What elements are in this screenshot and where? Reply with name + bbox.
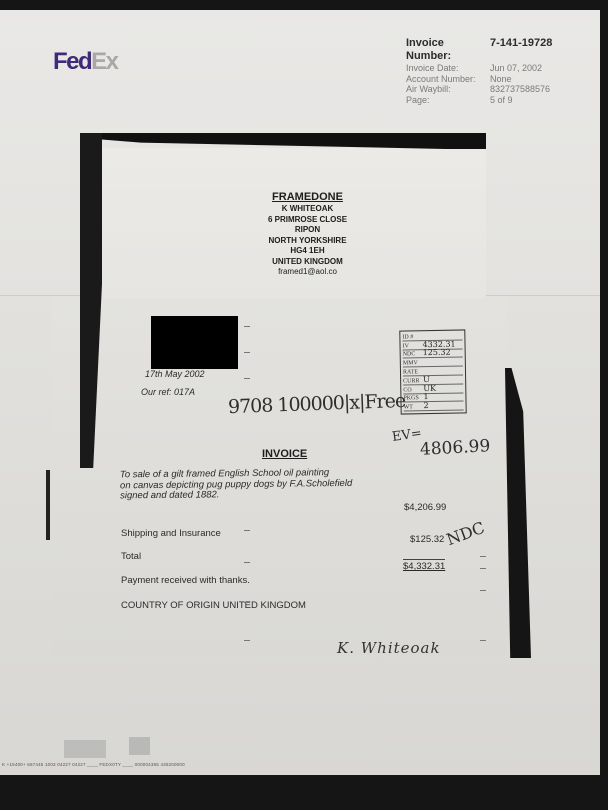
sender-name: FRAMEDONE	[240, 191, 375, 204]
address-line: HG4 1EH	[240, 246, 375, 257]
meta-value: 5 of 9	[490, 95, 596, 106]
address-line: K WHITEOAK	[240, 204, 375, 215]
logo-part1: Fed	[53, 48, 91, 75]
stamp-value: UK	[423, 384, 463, 393]
thanks-note: Payment received with thanks.	[121, 575, 250, 586]
stamp-label: CO	[403, 387, 423, 393]
sender-email: framed1@aol.co	[240, 267, 375, 278]
redaction-block	[151, 316, 238, 369]
scan-mark	[480, 590, 486, 591]
stamp-label: WT	[404, 404, 424, 410]
scan-mark	[480, 640, 486, 641]
address-line: RIPON	[240, 225, 375, 236]
invoice-title: INVOICE	[262, 448, 307, 460]
shipping-amount: $125.32	[410, 534, 444, 545]
stamp-label: MMV	[403, 360, 423, 366]
stamp-label: RATE	[403, 369, 423, 375]
scan-mark	[244, 640, 250, 641]
item-description: To sale of a gilt framed English School …	[120, 468, 380, 502]
address-line: 6 PRIMROSE CLOSE	[240, 215, 375, 226]
stamp-value: 125.32	[423, 349, 463, 358]
invoice-number: 7-141-19728	[490, 37, 596, 63]
meta-value: None	[490, 74, 596, 85]
meta-label: Account Number:	[406, 74, 490, 85]
stamp-value: U	[423, 375, 463, 384]
footer-code: K +15400+ 667445 1003 04227 04227 ____ F…	[2, 762, 185, 767]
scan-mark	[244, 352, 250, 353]
address-line: NORTH YORKSHIRE	[240, 236, 375, 247]
customs-stamp: ID # IV4332.31 NDC125.32 MMV RATE CURRU …	[399, 329, 466, 414]
scan-mark	[244, 326, 250, 327]
scan-mark	[480, 556, 486, 557]
scan-mark	[244, 530, 250, 531]
scan-mark	[244, 602, 250, 603]
footer-barcode-box	[129, 737, 150, 755]
meta-label: Page:	[406, 95, 490, 106]
address-line: UNITED KINGDOM	[240, 257, 375, 268]
meta-label: Air Waybill:	[406, 84, 490, 95]
stamp-label: CURR	[403, 378, 423, 384]
scan-mark	[480, 568, 486, 569]
meta-value: 832737588576	[490, 84, 596, 95]
our-ref: Our ref: 017A	[141, 387, 195, 397]
handwritten-ev-value: 4806.99	[420, 436, 491, 460]
sender-address: FRAMEDONE K WHITEOAK 6 PRIMROSE CLOSE RI…	[240, 191, 375, 278]
shipping-label: Shipping and Insurance	[121, 528, 221, 539]
meta-value: Jun 07, 2002	[490, 63, 596, 74]
footer-barcode-box	[64, 740, 106, 758]
scan-mark	[244, 562, 250, 563]
total-label: Total	[121, 551, 141, 562]
total-amount: $4,332.31	[403, 559, 445, 572]
invoice-meta: Invoice Number:7-141-19728 Invoice Date:…	[406, 37, 596, 105]
paper-shadow	[46, 470, 50, 540]
meta-label: Invoice Date:	[406, 63, 490, 74]
scan-mark	[244, 378, 250, 379]
stamp-label: PKGS	[403, 396, 423, 402]
stamp-label: ID #	[402, 334, 422, 340]
item-amount: $4,206.99	[404, 502, 446, 513]
country-of-origin: COUNTRY OF ORIGIN UNITED KINGDOM	[121, 600, 306, 611]
stamp-label: IV	[402, 343, 422, 349]
logo-part2: Ex	[91, 48, 117, 75]
stamp-value: 1	[423, 393, 463, 402]
fedex-logo: FedEx	[53, 48, 118, 76]
stamp-value: 2	[424, 402, 464, 411]
invoice-number-label: Invoice Number:	[406, 37, 490, 63]
letter-date: 17th May 2002	[145, 369, 205, 379]
signature: K. Whiteoak	[337, 639, 441, 657]
stamp-label: NDC	[403, 352, 423, 358]
